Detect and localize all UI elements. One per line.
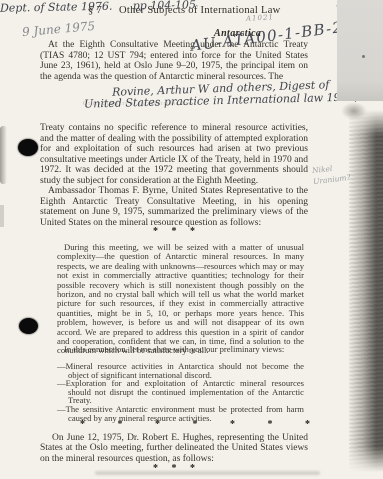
- handwritten-citation-publisher: Dept. of State 1976.: [0, 0, 113, 15]
- scan-bottom-smudge: [95, 471, 320, 475]
- pencil-margin-note-line-2: Uranium?: [313, 173, 351, 187]
- paragraph-intro: At the Eighth Consultative Meeting under…: [40, 40, 308, 82]
- quote-dash-item-2: —Exploration for and exploitation of Ant…: [57, 379, 304, 405]
- asterisk-separator-top: * * *: [40, 226, 308, 237]
- paragraph-treaty-background: Treaty contains no specific reference to…: [40, 123, 308, 186]
- scan-speck: [362, 55, 365, 58]
- scan-left-edge-mark: [0, 205, 4, 227]
- hole-punch-bottom: [19, 318, 38, 334]
- quote-paragraph-2: In this connection, let me share with yo…: [57, 345, 304, 354]
- paragraph-hughes-statement: On June 12, 1975, Dr. Robert E. Hughes, …: [40, 433, 308, 464]
- quote-dash-list: —Mineral resource activities in Antarcti…: [57, 362, 304, 422]
- pencil-code-note: A1021: [246, 13, 274, 22]
- scanned-document-page: § 7 Other Subjects of International Law …: [0, 0, 383, 479]
- scan-left-edge-smudge: [0, 126, 7, 184]
- scan-binding-shadow: [349, 110, 383, 472]
- paragraph-byrne-statement: Ambassador Thomas F. Byrne, United State…: [40, 186, 308, 228]
- asterisk-separator-wide: * * * * * * *: [80, 419, 310, 430]
- hole-punch-top: [18, 139, 38, 156]
- photocopy-corner-patch: [337, 0, 383, 101]
- handwritten-citation-pages: pp 104-105: [133, 0, 197, 12]
- pencil-margin-note-line-1: Nikel: [312, 164, 333, 175]
- handwritten-date: 9 June 1975: [22, 19, 96, 39]
- quote-dash-item-1: —Mineral resource activities in Antarcti…: [57, 362, 304, 379]
- quote-paragraph-1: During this meeting, we will be seized w…: [57, 243, 304, 356]
